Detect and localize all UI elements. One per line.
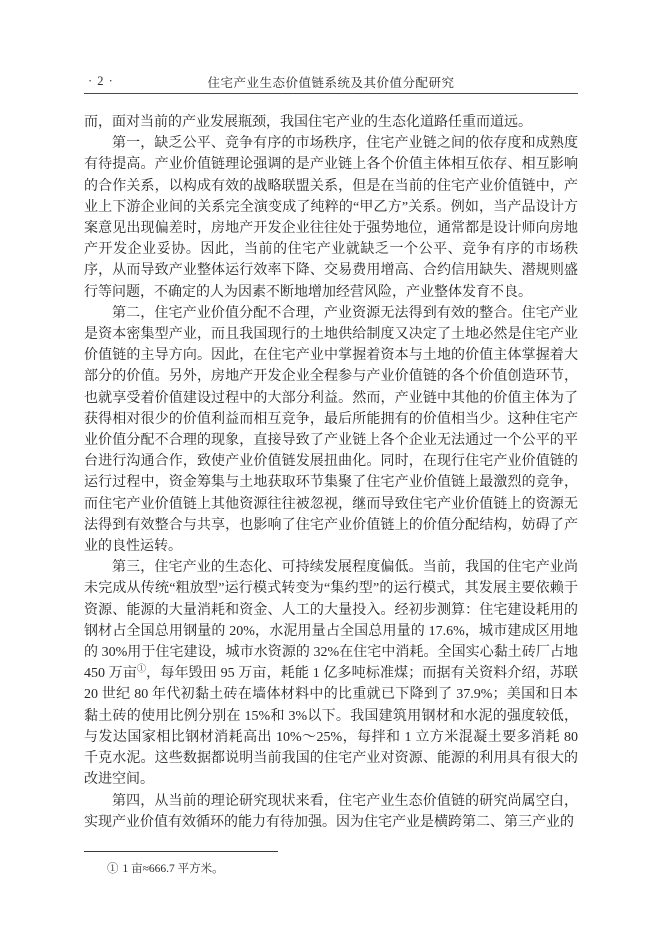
page-header: · 2 · 住宅产业生态价值链系统及其价值分配研究 (84, 73, 578, 91)
footnote-separator-rule (84, 851, 278, 852)
header-rule (84, 93, 578, 94)
footnote-reference-marker: ① (137, 664, 146, 674)
footnote-area: ①1 亩≈666.7 平方米。 (84, 851, 578, 877)
footnote: ①1 亩≈666.7 平方米。 (107, 861, 578, 877)
footnote-text: 1 亩≈666.7 平方米。 (123, 863, 224, 875)
page-body: 而，面对当前的产业发展瓶颈，我国住宅产业的生态化道路任重而道远。 第一，缺乏公平… (84, 112, 578, 833)
footnote-marker: ① (107, 863, 119, 875)
paragraph-point-two: 第二，住宅产业价值分配不合理，产业资源无法得到有效的整合。住宅产业是资本密集型产… (84, 303, 578, 557)
paragraph-point-three: 第三，住宅产业的生态化、可持续发展程度偏低。当前，我国的住宅产业尚未完成从传统“… (84, 557, 578, 790)
paragraph-point-one: 第一，缺乏公平、竞争有序的市场秩序，住宅产业链之间的依存度和成熟度有待提高。产业… (84, 133, 578, 303)
running-title: 住宅产业生态价值链系统及其价值分配研究 (84, 73, 578, 91)
page-number: · 2 · (88, 74, 114, 89)
paragraph-intro-continuation: 而，面对当前的产业发展瓶颈，我国住宅产业的生态化道路任重而道远。 (84, 112, 578, 133)
paragraph-point-three-text-before-note: 第三，住宅产业的生态化、可持续发展程度偏低。当前，我国的住宅产业尚未完成从传统“… (84, 560, 578, 681)
paragraph-point-three-text-after-note: ，每年毁田 95 万亩，耗能 1 亿多吨标准煤；而据有关资料介绍，苏联 20 世… (84, 666, 578, 787)
paragraph-point-four: 第四，从当前的理论研究现状来看，住宅产业生态价值链的研究尚属空白，实现产业价值有… (84, 791, 578, 833)
document-page: · 2 · 住宅产业生态价值链系统及其价值分配研究 而，面对当前的产业发展瓶颈，… (0, 0, 661, 925)
